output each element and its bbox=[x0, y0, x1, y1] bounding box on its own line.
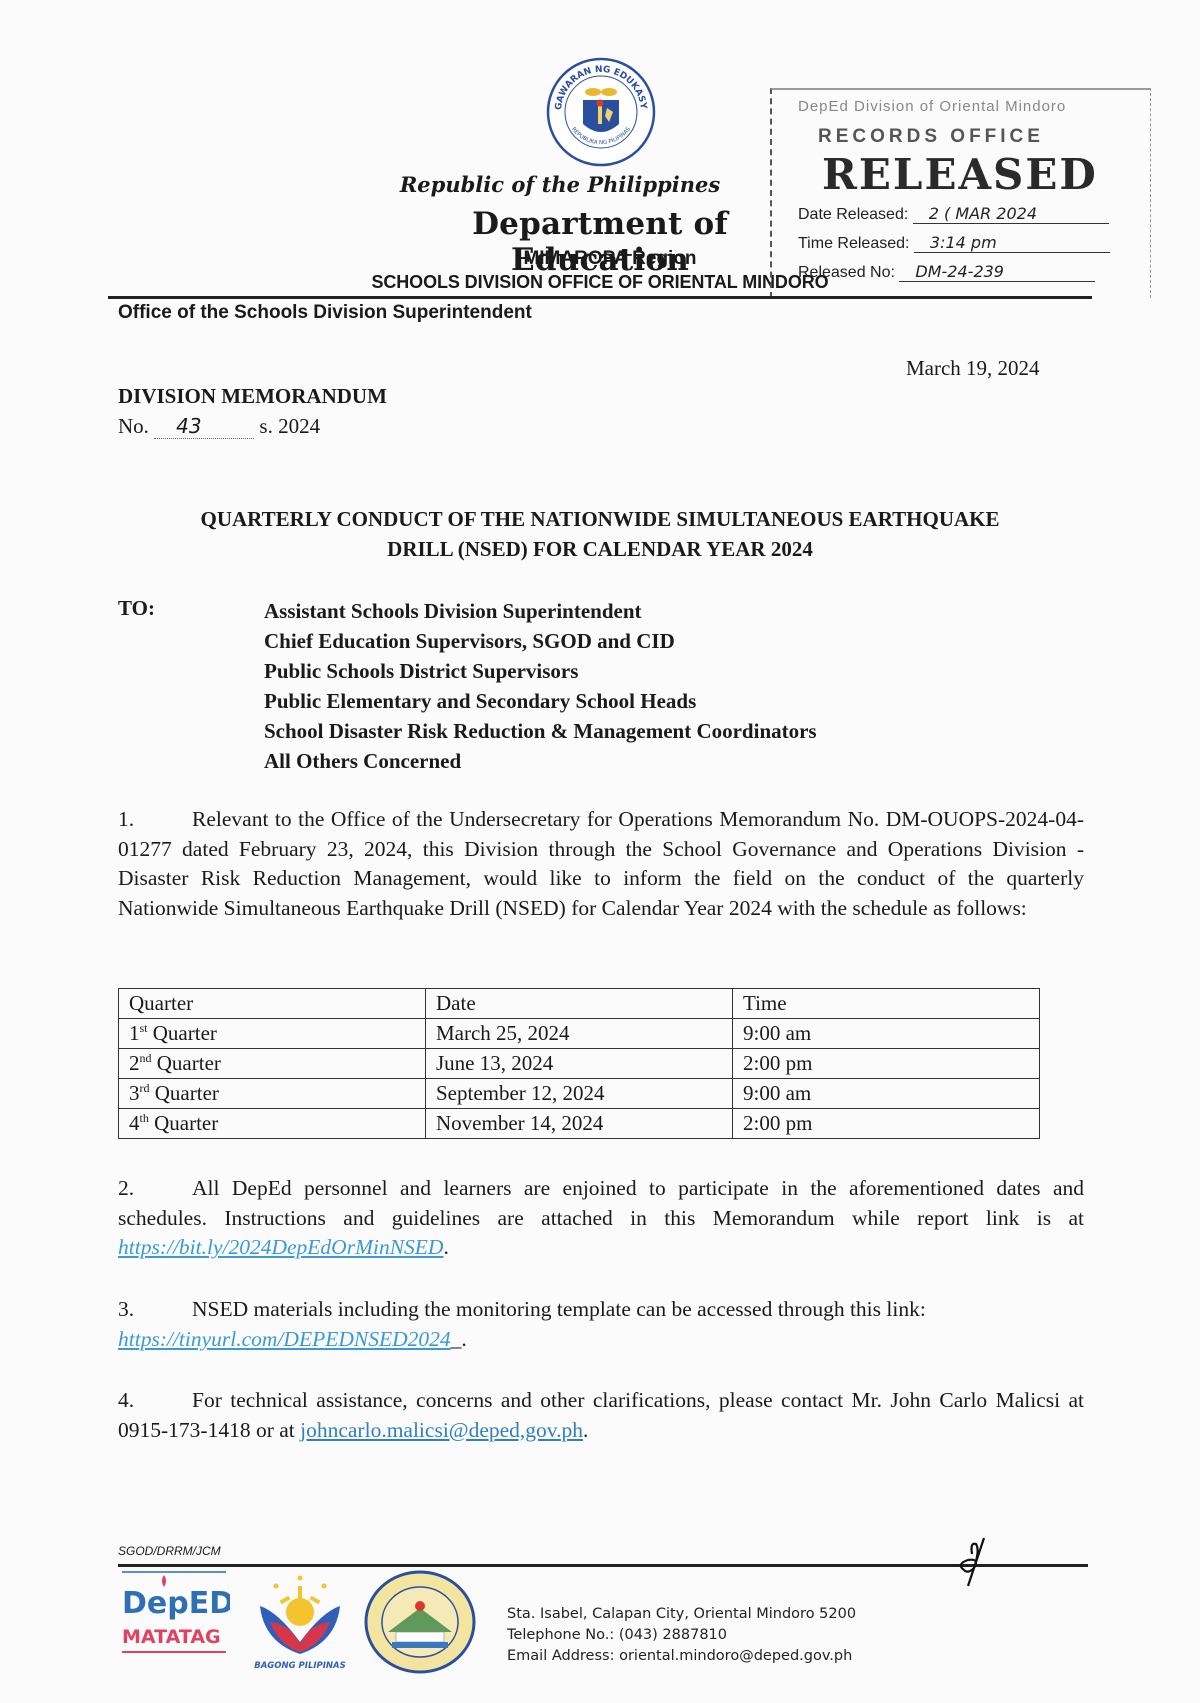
table-row: 3rd Quarter September 12, 2024 9:00 am bbox=[119, 1079, 1040, 1109]
sdo-oriental-mindoro-seal bbox=[362, 1570, 478, 1674]
to-label: TO: bbox=[118, 596, 155, 621]
stamp-time-row: Time Released: 3:14 pm bbox=[798, 233, 1110, 253]
stamp-time-label: Time Released: bbox=[798, 235, 909, 253]
deped-seal-logo: KAGAWARAN NG EDUKASYON REPUBLIKA NG PILI… bbox=[545, 56, 657, 168]
memo-series: s. 2024 bbox=[259, 414, 320, 438]
date-cell: November 14, 2024 bbox=[426, 1109, 733, 1139]
republic-heading: Republic of the Philippines bbox=[360, 172, 760, 197]
memo-date: March 19, 2024 bbox=[906, 356, 1040, 381]
recipient: School Disaster Risk Reduction & Managem… bbox=[264, 716, 817, 746]
stamp-status: RELEASED bbox=[822, 150, 1098, 199]
released-stamp: DepEd Division of Oriental Mindoro RECOR… bbox=[770, 88, 1151, 298]
table-row: 2nd Quarter June 13, 2024 2:00 pm bbox=[119, 1049, 1040, 1079]
paragraph-4: 4.For technical assistance, concerns and… bbox=[118, 1386, 1084, 1445]
date-cell: March 25, 2024 bbox=[426, 1019, 733, 1049]
paragraph-number: 2. bbox=[118, 1174, 192, 1204]
memo-number-label: No. bbox=[118, 414, 149, 438]
stamp-number-row: Released No: DM-24-239 bbox=[798, 262, 1095, 282]
quarter-cell: 2nd Quarter bbox=[119, 1049, 426, 1079]
materials-link[interactable]: https://tinyurl.com/DEPEDNSED2024 bbox=[118, 1327, 451, 1351]
office-email: Email Address: oriental.mindoro@deped.go… bbox=[507, 1646, 856, 1667]
column-header: Time bbox=[733, 989, 1040, 1019]
stamp-number-value: DM-24-239 bbox=[899, 262, 1095, 282]
reference-code: SGOD/DRRM/JCM bbox=[118, 1544, 221, 1558]
table-row: 1st Quarter March 25, 2024 9:00 am bbox=[119, 1019, 1040, 1049]
recipient: Public Schools District Supervisors bbox=[264, 656, 817, 686]
memo-number-row: No. 43 s. 2024 bbox=[118, 414, 320, 439]
stamp-records-office: RECORDS OFFICE bbox=[818, 126, 1044, 148]
svg-text:BAGONG PILIPINAS: BAGONG PILIPINAS bbox=[254, 1661, 346, 1670]
stamp-number-label: Released No: bbox=[798, 264, 895, 282]
recipient: Chief Education Supervisors, SGOD and CI… bbox=[264, 626, 817, 656]
time-cell: 9:00 am bbox=[733, 1079, 1040, 1109]
header-divider bbox=[108, 296, 1092, 299]
recipient: All Others Concerned bbox=[264, 746, 817, 776]
signature-icon bbox=[950, 1530, 1010, 1590]
svg-text:DepED: DepED bbox=[122, 1586, 230, 1621]
date-cell: September 12, 2024 bbox=[426, 1079, 733, 1109]
office-heading: Office of the Schools Division Superinte… bbox=[118, 302, 532, 324]
quarter-cell: 4th Quarter bbox=[119, 1109, 426, 1139]
contact-email-link[interactable]: johncarlo.malicsi@deped,gov.ph bbox=[300, 1418, 583, 1442]
paragraph-text: Relevant to the Office of the Undersecre… bbox=[118, 807, 1084, 920]
quarter-cell: 3rd Quarter bbox=[119, 1079, 426, 1109]
memo-type: DIVISION MEMORANDUM bbox=[118, 384, 387, 409]
paragraph-number: 1. bbox=[118, 805, 192, 835]
stamp-time-value: 3:14 pm bbox=[914, 233, 1110, 253]
recipient: Assistant Schools Division Superintenden… bbox=[264, 596, 817, 626]
time-cell: 2:00 pm bbox=[733, 1049, 1040, 1079]
stamp-date-value: 2 ( MAR 2024 bbox=[913, 204, 1109, 224]
stamp-date-row: Date Released: 2 ( MAR 2024 bbox=[798, 204, 1109, 224]
office-address: Sta. Isabel, Calapan City, Oriental Mind… bbox=[507, 1604, 856, 1625]
stamp-division: DepEd Division of Oriental Mindoro bbox=[798, 98, 1066, 115]
column-header: Date bbox=[426, 989, 733, 1019]
office-contact-info: Sta. Isabel, Calapan City, Oriental Mind… bbox=[507, 1604, 856, 1667]
paragraph-number: 3. bbox=[118, 1295, 192, 1325]
paragraph-3: 3.NSED materials including the monitorin… bbox=[118, 1295, 1084, 1354]
memo-subject: QUARTERLY CONDUCT OF THE NATIONWIDE SIMU… bbox=[120, 504, 1080, 564]
time-cell: 9:00 am bbox=[733, 1019, 1040, 1049]
paragraph-number: 4. bbox=[118, 1386, 192, 1416]
subject-line-1: QUARTERLY CONDUCT OF THE NATIONWIDE SIMU… bbox=[120, 504, 1080, 534]
column-header: Quarter bbox=[119, 989, 426, 1019]
nsed-schedule-table: Quarter Date Time 1st Quarter March 25, … bbox=[118, 988, 1040, 1139]
footer-divider bbox=[118, 1564, 1088, 1567]
office-telephone: Telephone No.: (043) 2887810 bbox=[507, 1625, 856, 1646]
region-heading: MIMAROPA Region bbox=[460, 248, 760, 270]
time-cell: 2:00 pm bbox=[733, 1109, 1040, 1139]
bagong-pilipinas-logo: BAGONG PILIPINAS bbox=[250, 1572, 350, 1670]
deped-matatag-logo: DepED MATATAG bbox=[120, 1565, 230, 1665]
paragraph-1: 1.Relevant to the Office of the Undersec… bbox=[118, 805, 1084, 923]
memo-number-value: 43 bbox=[154, 414, 254, 439]
recipients-list: Assistant Schools Division Superintenden… bbox=[264, 596, 817, 776]
quarter-cell: 1st Quarter bbox=[119, 1019, 426, 1049]
paragraph-text: All DepEd personnel and learners are enj… bbox=[118, 1176, 1084, 1230]
paragraph-2: 2.All DepEd personnel and learners are e… bbox=[118, 1174, 1084, 1263]
recipient: Public Elementary and Secondary School H… bbox=[264, 686, 817, 716]
svg-text:MATATAG: MATATAG bbox=[122, 1626, 221, 1648]
report-link[interactable]: https://bit.ly/2024DepEdOrMinNSED bbox=[118, 1235, 443, 1259]
table-row: 4th Quarter November 14, 2024 2:00 pm bbox=[119, 1109, 1040, 1139]
stamp-date-label: Date Released: bbox=[798, 206, 908, 224]
paragraph-text: For technical assistance, concerns and o… bbox=[118, 1388, 1084, 1442]
paragraph-text: NSED materials including the monitoring … bbox=[192, 1297, 926, 1321]
table-header-row: Quarter Date Time bbox=[119, 989, 1040, 1019]
date-cell: June 13, 2024 bbox=[426, 1049, 733, 1079]
subject-line-2: DRILL (NSED) FOR CALENDAR YEAR 2024 bbox=[120, 534, 1080, 564]
